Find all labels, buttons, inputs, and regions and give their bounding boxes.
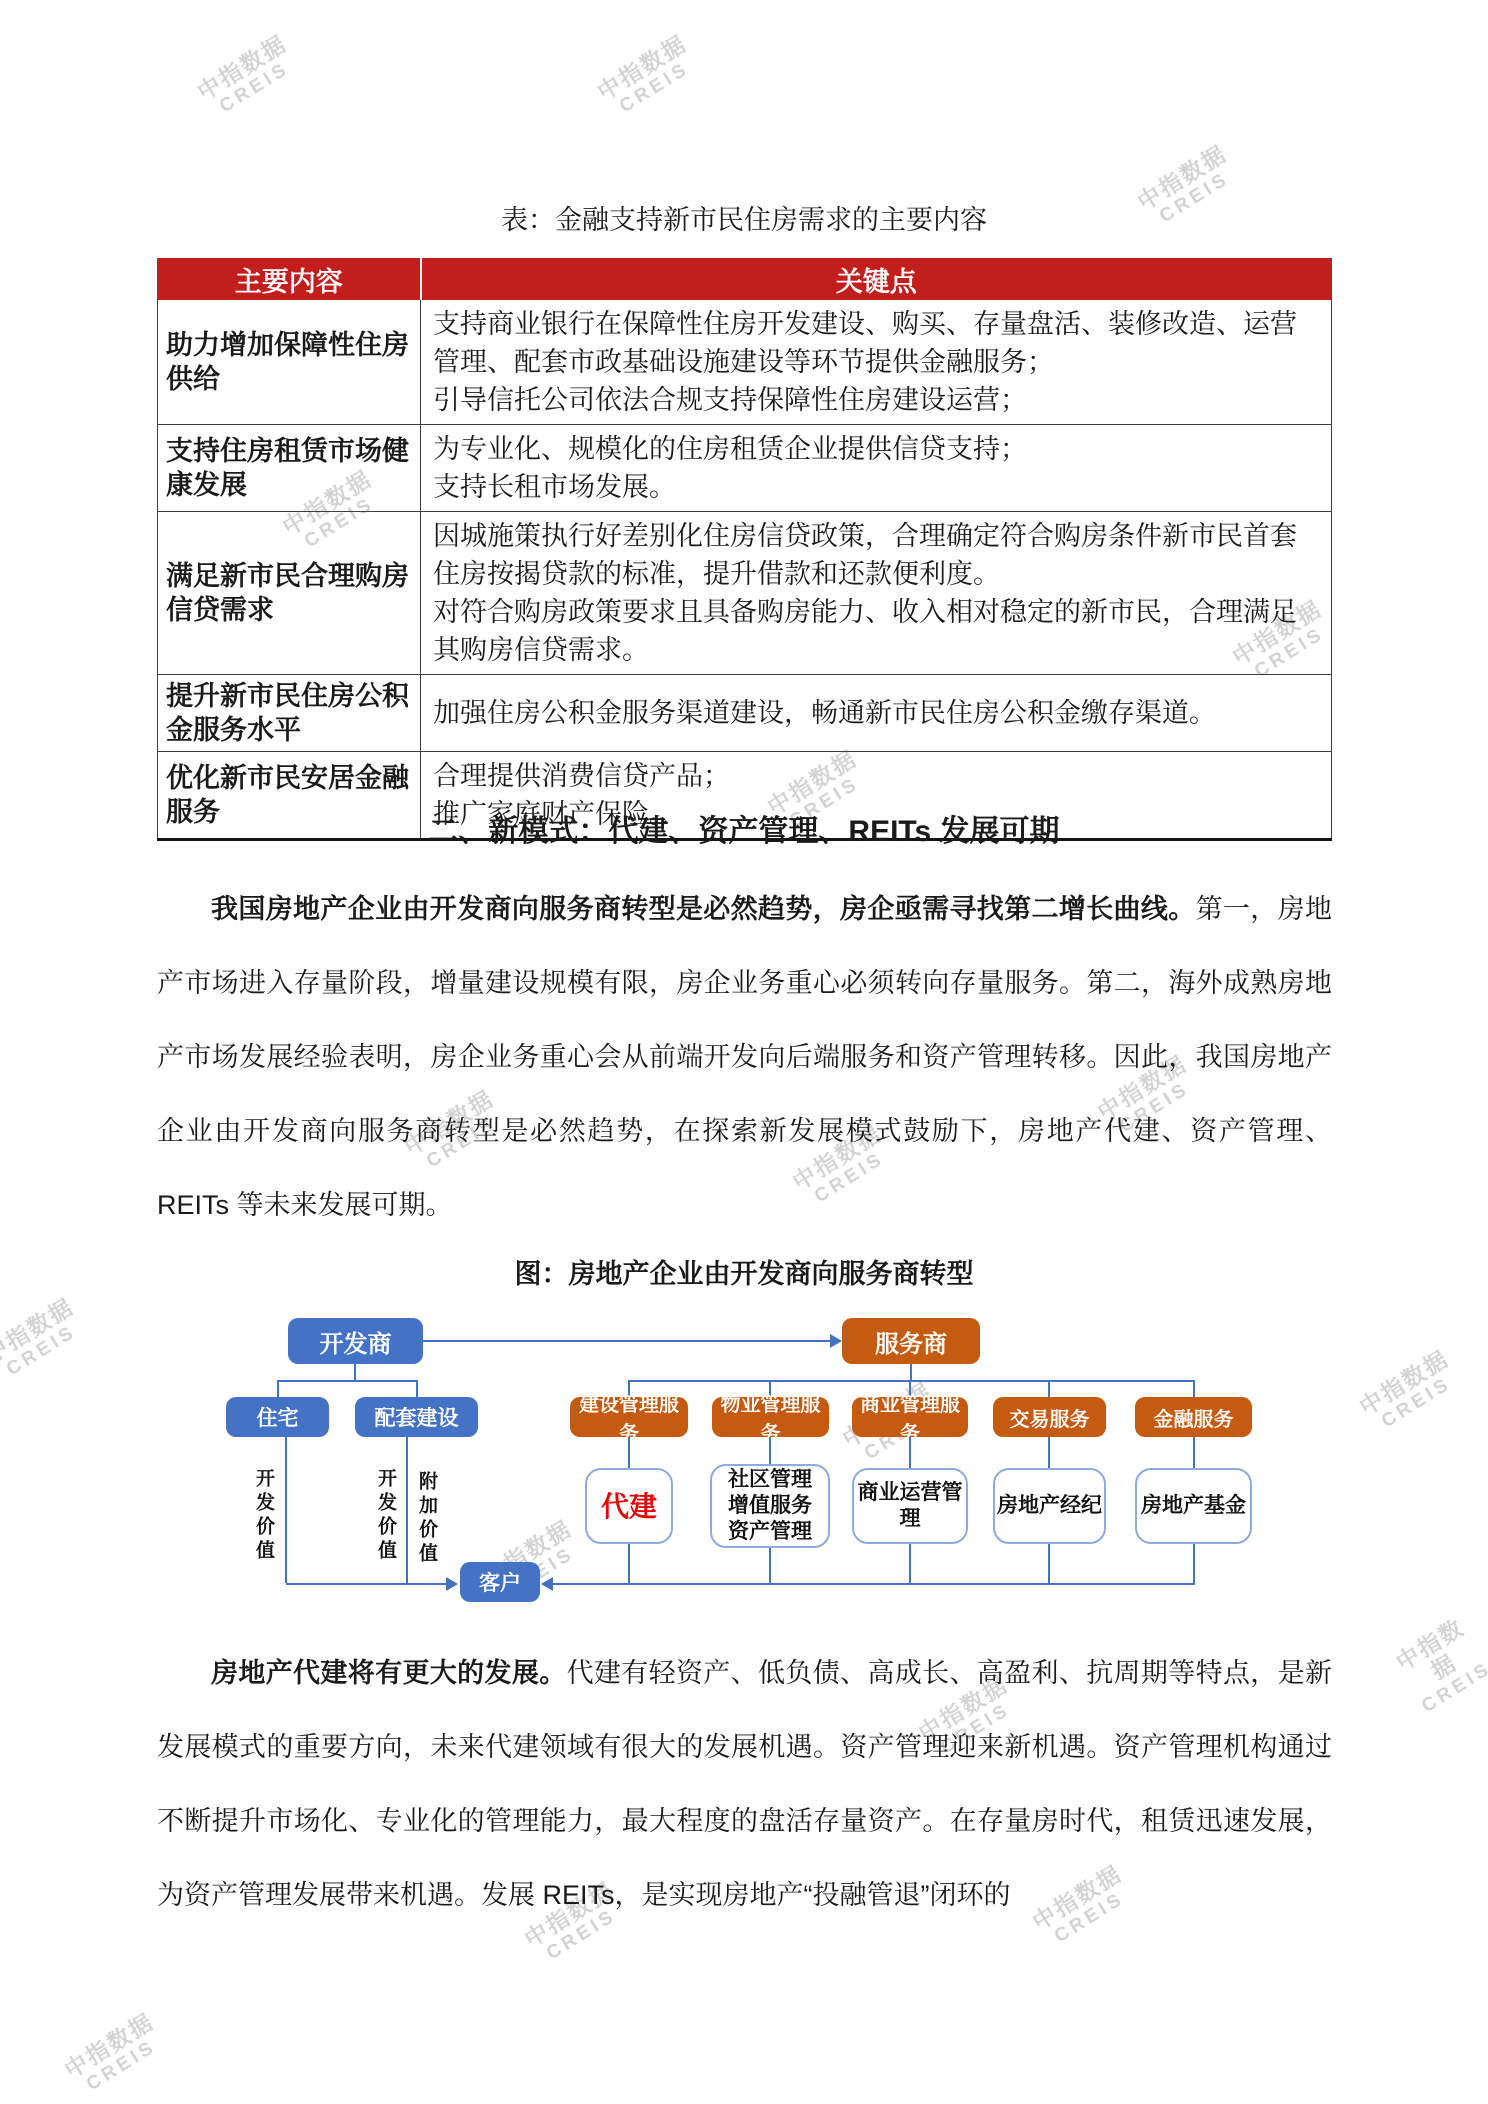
connector bbox=[1048, 1380, 1050, 1397]
watermark: 中指数据CREIS bbox=[1385, 1610, 1488, 1721]
document-page: 中指数据CREIS中指数据CREIS中指数据CREIS中指数据CREIS中指数据… bbox=[0, 0, 1488, 2104]
service-box-finance: 金融服务 bbox=[1135, 1397, 1252, 1437]
detail-box-community: 社区管理 增值服务 资产管理 bbox=[710, 1464, 830, 1548]
table-header-main-content: 主要内容 bbox=[158, 259, 421, 300]
daijian-label: 代建 bbox=[601, 1489, 657, 1524]
point-text: 因城施策执行好差别化住房信贷政策，合理确定符合购房条件新市民首套住房按揭贷款的标… bbox=[433, 517, 1321, 593]
connector bbox=[286, 1583, 446, 1585]
row-label: 提升新市民住房公积金服务水平 bbox=[158, 675, 421, 752]
point-text: 支持商业银行在保障性住房开发建设、购买、存量盘活、装修改造、运营管理、配套市政基… bbox=[433, 305, 1321, 381]
paragraph-body: 代建有轻资产、低负债、高成长、高盈利、抗周期等特点，是新发展模式的重要方向，未来… bbox=[157, 1658, 1332, 1910]
point-text: 引导信托公司依法合规支持保障性住房建设运营； bbox=[433, 381, 1321, 419]
table-caption: 表：金融支持新市民住房需求的主要内容 bbox=[0, 198, 1488, 237]
connector bbox=[277, 1380, 279, 1397]
table-row: 支持住房租赁市场健康发展 为专业化、规模化的住房租赁企业提供信贷支持； 支持长租… bbox=[158, 425, 1332, 512]
service-provider-box: 服务商 bbox=[842, 1318, 980, 1364]
connector bbox=[416, 1380, 418, 1397]
point-text: 支持长租市场发展。 bbox=[433, 468, 1321, 506]
connector bbox=[769, 1437, 771, 1464]
service-box-transaction: 交易服务 bbox=[993, 1397, 1106, 1437]
detail-box-daijian: 代建 bbox=[585, 1468, 673, 1544]
arrow-right-icon bbox=[446, 1577, 458, 1591]
connector bbox=[406, 1437, 408, 1583]
detail-box-commercial-operation: 商业运营管理 bbox=[852, 1468, 968, 1544]
paragraph-lead: 我国房地产企业由开发商向服务商转型是必然趋势，房企亟需寻找第二增长曲线。 bbox=[211, 894, 1196, 924]
value-label-development: 开发价值 bbox=[250, 1468, 277, 1564]
connector bbox=[910, 1364, 912, 1380]
row-label: 支持住房租赁市场健康发展 bbox=[158, 425, 421, 512]
watermark: 中指数据CREIS bbox=[60, 2008, 170, 2102]
customer-box: 客户 bbox=[460, 1562, 540, 1602]
connector bbox=[423, 1340, 830, 1342]
service-box-construction-mgmt: 建设管理服务 bbox=[570, 1397, 688, 1437]
row-points: 因城施策执行好差别化住房信贷政策，合理确定符合购房条件新市民首套住房按揭贷款的标… bbox=[421, 512, 1332, 675]
point-text: 加强住房公积金服务渠道建设，畅通新市民住房公积金缴存渠道。 bbox=[433, 694, 1321, 732]
detail-line: 社区管理 bbox=[728, 1467, 812, 1493]
point-text: 对符合购房政策要求且具备购房能力、收入相对稳定的新市民，合理满足其购房信贷需求。 bbox=[433, 593, 1321, 669]
transition-diagram: 开发商 服务商 住宅 配套建设 开发价值 开发价值 附加价值 建设管理服务 物业… bbox=[0, 1300, 1488, 1620]
figure-caption: 图：房地产企业由开发商向服务商转型 bbox=[0, 1252, 1488, 1291]
point-text: 合理提供消费信贷产品； bbox=[433, 757, 1321, 795]
detail-box-brokerage: 房地产经纪 bbox=[993, 1468, 1106, 1544]
table-row: 满足新市民合理购房信贷需求 因城施策执行好差别化住房信贷政策，合理确定符合购房条… bbox=[158, 512, 1332, 675]
row-points: 支持商业银行在保障性住房开发建设、购买、存量盘活、装修改造、运营管理、配套市政基… bbox=[421, 300, 1332, 425]
finance-support-table: 主要内容 关键点 助力增加保障性住房供给 支持商业银行在保障性住房开发建设、购买… bbox=[157, 258, 1332, 841]
row-label: 满足新市民合理购房信贷需求 bbox=[158, 512, 421, 675]
connector bbox=[909, 1437, 911, 1468]
value-label-development: 开发价值 bbox=[372, 1468, 399, 1564]
connector bbox=[1193, 1544, 1195, 1583]
detail-line: 资产管理 bbox=[728, 1519, 812, 1545]
section-heading: 二、新模式：代建、资产管理、REITs 发展可期 bbox=[0, 806, 1488, 850]
service-box-property-mgmt: 物业管理服务 bbox=[712, 1397, 829, 1437]
connector bbox=[285, 1437, 287, 1583]
row-label: 助力增加保障性住房供给 bbox=[158, 300, 421, 425]
connector bbox=[628, 1380, 1195, 1382]
arrow-right-icon bbox=[830, 1334, 842, 1348]
watermark: 中指数据CREIS bbox=[193, 30, 303, 124]
connector bbox=[909, 1544, 911, 1583]
detail-line: 增值服务 bbox=[728, 1493, 812, 1519]
residential-box: 住宅 bbox=[226, 1397, 329, 1437]
connector bbox=[1048, 1544, 1050, 1583]
connector bbox=[1193, 1380, 1195, 1397]
table-header-row: 主要内容 关键点 bbox=[158, 259, 1332, 300]
detail-box-fund: 房地产基金 bbox=[1135, 1468, 1252, 1544]
table-row: 提升新市民住房公积金服务水平 加强住房公积金服务渠道建设，畅通新市民住房公积金缴… bbox=[158, 675, 1332, 752]
table-row: 助力增加保障性住房供给 支持商业银行在保障性住房开发建设、购买、存量盘活、装修改… bbox=[158, 300, 1332, 425]
row-points: 加强住房公积金服务渠道建设，畅通新市民住房公积金缴存渠道。 bbox=[421, 675, 1332, 752]
watermark: 中指数据CREIS bbox=[593, 30, 703, 124]
connector bbox=[1193, 1437, 1195, 1468]
connector bbox=[354, 1364, 356, 1380]
connector bbox=[1048, 1437, 1050, 1468]
arrow-left-icon bbox=[541, 1577, 553, 1591]
connector bbox=[277, 1380, 418, 1382]
supporting-construction-box: 配套建设 bbox=[355, 1397, 478, 1437]
connector bbox=[628, 1544, 630, 1583]
point-text: 为专业化、规模化的住房租赁企业提供信贷支持； bbox=[433, 430, 1321, 468]
paragraph-lead: 房地产代建将有更大的发展。 bbox=[211, 1658, 567, 1688]
paragraph-body: 第一，房地产市场进入存量阶段，增量建设规模有限，房企业务重心必须转向存量服务。第… bbox=[157, 894, 1332, 1220]
row-points: 为专业化、规模化的住房租赁企业提供信贷支持； 支持长租市场发展。 bbox=[421, 425, 1332, 512]
value-label-added: 附加价值 bbox=[413, 1471, 440, 1567]
service-box-commercial-mgmt: 商业管理服务 bbox=[852, 1397, 968, 1437]
connector bbox=[628, 1437, 630, 1468]
connector bbox=[552, 1583, 1195, 1585]
developer-box: 开发商 bbox=[288, 1318, 423, 1364]
table-header-key-points: 关键点 bbox=[421, 259, 1332, 300]
paragraph-daijian: 房地产代建将有更大的发展。代建有轻资产、低负债、高成长、高盈利、抗周期等特点，是… bbox=[157, 1636, 1332, 1932]
connector bbox=[769, 1548, 771, 1583]
paragraph-transition: 我国房地产企业由开发商向服务商转型是必然趋势，房企亟需寻找第二增长曲线。第一，房… bbox=[157, 872, 1332, 1242]
